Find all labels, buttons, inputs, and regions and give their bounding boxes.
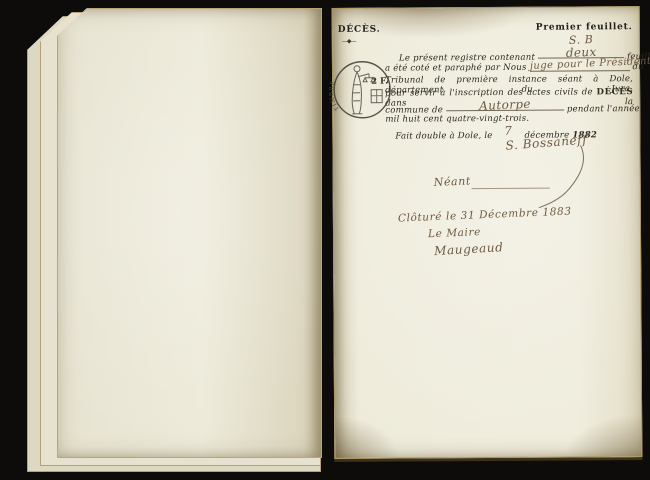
maire-signature: Maugeaud: [434, 240, 504, 258]
archival-scan: DÉCÈS. —◆— Premier feuillet. S. B 2 F.: [0, 0, 650, 480]
form-line-5-suffix: pendant l'année: [567, 104, 640, 114]
deces-bold: DÉCÈS: [597, 87, 634, 97]
annotation-maire: Le Maire: [428, 226, 481, 240]
title-ornament: —◆—: [342, 38, 356, 45]
annotation-neant: Néant: [433, 174, 471, 189]
hand-commune: Autorpe: [479, 97, 531, 113]
svg-text:TIMBRE: TIMBRE: [329, 80, 341, 112]
signature-flourish: [518, 143, 598, 213]
stamp-curved-label: TIMBRE: [329, 80, 341, 112]
blank-qualite: juge pour le Président: [529, 61, 629, 72]
form-line-2: a été coté et paraphé par Nous juge pour…: [385, 61, 644, 74]
blank-commune: Autorpe: [446, 101, 564, 112]
annotation-closing: Clôturé le 31 Décembre 1883: [398, 205, 572, 224]
feuillet-label: Premier feuillet.: [536, 22, 633, 33]
left-page-blank: [57, 8, 322, 458]
right-page: DÉCÈS. —◆— Premier feuillet. S. B 2 F.: [332, 6, 643, 459]
page-title-deces: DÉCÈS.: [338, 25, 381, 35]
hand-day: 7: [504, 124, 513, 138]
form-line-7-text: Fait double à Dole, le: [395, 131, 492, 142]
form-line-2-text: a été coté et paraphé par Nous: [385, 63, 527, 74]
hand-day-slot: 7: [495, 127, 521, 136]
